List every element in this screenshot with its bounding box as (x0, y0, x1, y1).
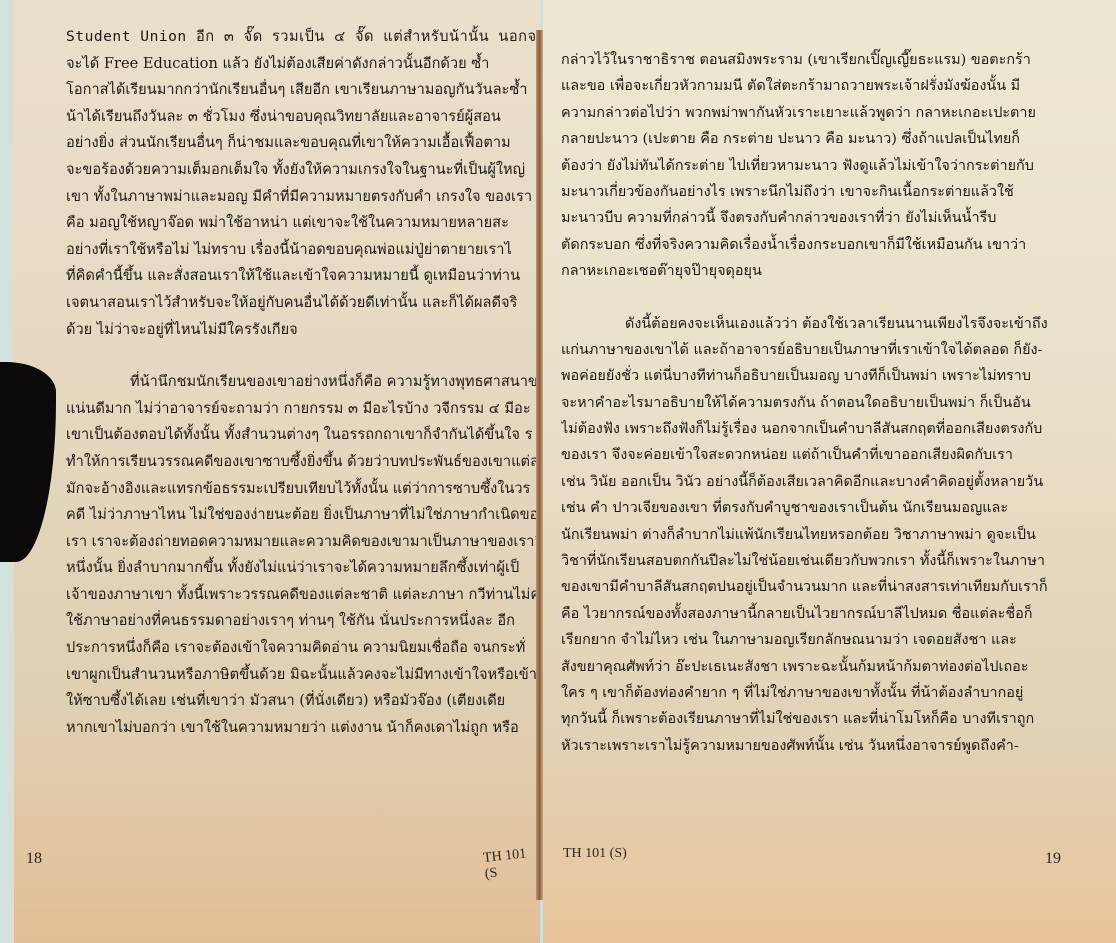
text-line: ทุกวันนี้ ก็เพราะต้องเรียนภาษาที่ไม่ใช่ข… (561, 706, 1081, 732)
book-spread: Student Union อีก ๓ จั๊ด รวมเป็น ๔ จั๊ด … (0, 0, 1116, 943)
text-line: เขาผูกเป็นสำนวนหรือภาษิตขึ้นด้วย มิฉะนั้… (66, 662, 540, 689)
text-line: ของเรา จึงจะค่อยเข้าใจสะดวกหน่อย แต่ถ้าเ… (561, 442, 1081, 468)
footer-course-code: TH 101 (S) (563, 846, 627, 862)
text-line: เช่น คำ ปาวเจียของเขา ที่ตรงกับคำบูชาของ… (561, 495, 1081, 521)
book-spine (536, 30, 543, 900)
text-line: ของเขามีคำบาลีสันสกฤตปนอยู่เป็นจำนวนมาก … (561, 574, 1081, 600)
text-line: น้าได้เรียนถึงวันละ ๓ ชั่วโมง ซึ่งน่าขอบ… (66, 104, 540, 131)
text-line: จะหาคำอะไรมาอธิบายให้ได้ความตรงกัน ถ้าตอ… (561, 390, 1081, 416)
text-line: และขอ เพื่อจะเกี่ยวหัวกามมนี ตัดใส่ตะกร้… (561, 73, 1081, 99)
text-line: คือ ไวยากรณ์ของทั้งสองภาษานี้กลายเป็นไวย… (561, 601, 1081, 627)
text-line: เรา เราจะต้องถ่ายทอดความหมายและความคิดขอ… (66, 529, 540, 556)
text-line: ใช้ภาษาอย่างที่คนธรรมดาอย่างเราๆ ท่านๆ ใ… (66, 608, 540, 635)
text-line: พอค่อยยังชั่ว แต่นี่บางทีท่านก็อธิบายเป็… (561, 363, 1081, 389)
text-line: เขาเป็นต้องตอบได้ทั้งนั้น ทั้งสำนวนต่างๆ… (66, 422, 540, 449)
text-line: เจตนาสอนเราไว้สำหรับจะให้อยู่กับคนอื่นได… (66, 290, 540, 317)
text-line: ต้องว่า ยังไม่ทันได้กระต่าย ไปเที่ยวหามะ… (561, 153, 1081, 179)
text-line: วิชาที่นักเรียนสอบตกกันปีละไม่ใช่น้อยเช่… (561, 548, 1081, 574)
text-line-latin: Student Union อีก ๓ จั๊ด รวมเป็น ๔ จั๊ด … (66, 28, 537, 45)
left-page-body: Student Union อีก ๓ จั๊ด รวมเป็น ๔ จั๊ด … (66, 24, 540, 741)
text-line: นักเรียนพม่า ต่างก็ลำบากไม่แพ้นักเรียนไท… (561, 522, 1081, 548)
text-line: หากเขาไม่บอกว่า เขาใช้ในความหมายว่า แต่ง… (66, 715, 540, 742)
text-line: คดี ไม่ว่าภาษาไหน ไม่ใช่ของง่ายนะต้อย ยิ… (66, 502, 540, 529)
text-line: มักจะอ้างอิงและแทรกข้อธรรมะเปรียบเทียบไว… (66, 476, 540, 503)
text-line: มะนาวบีบ ความที่กล่าวนี้ จึงตรงกับคำกล่า… (561, 205, 1081, 231)
text-line: เจ้าของภาษาเขา ทั้งนี้เพราะวรรณคดีของแต่… (66, 582, 540, 609)
text-line: ด้วย ไม่ว่าจะอยู่ที่ไหนไม่มีใครรังเกียจ (66, 317, 540, 344)
text-line: แก่นภาษาของเขาได้ และถ้าอาจารย์อธิบายเป็… (561, 337, 1081, 363)
text-line: จะขอร้องด้วยความเต็มอกเต็มใจ ทั้งยังให้ค… (66, 157, 540, 184)
text-line: ที่คิดคำนี้ขึ้น และสั่งสอนเราให้ใช้และเข… (66, 263, 540, 290)
text-line: กล่าวไว้ในราชาธิราช ตอนสมิงพระราม (เขาเร… (561, 47, 1081, 73)
text-line: ไม่ต้องฟัง เพราะถึงฟังก็ไม่รู้เรื่อง นอก… (561, 416, 1081, 442)
text-line: อย่างที่เราใช้หรือไม่ ไม่ทราบ เรื่องนี้น… (66, 237, 540, 264)
text-line: Student Union อีก ๓ จั๊ด รวมเป็น ๔ จั๊ด … (66, 24, 540, 51)
text-line: เขา ทั้งในภาษาพม่าและมอญ มีคำที่มีความหม… (66, 184, 540, 211)
text-line: จะได้ Free Education แล้ว ยังไม่ต้องเสีย… (66, 51, 540, 78)
text-line: คือ มอญใช้หญาจ๊อด พม่าใช้อาหน่า แต่เขาจะ… (66, 210, 540, 237)
text-line: หนึ่งนั้น ยิ่งลำบากมากขึ้น ทั้งยังไม่แน่… (66, 555, 540, 582)
text-line: แน่นดีมาก ไม่ว่าอาจารย์จะถามว่า กายกรรม … (66, 396, 540, 423)
text-line: ให้ซาบซึ้งได้เลย เช่นที่เขาว่า มัวสนา (ท… (66, 688, 540, 715)
text-line: เรียกยาก จำไม่ไหว เช่น ในภาษามอญเรียกลัก… (561, 627, 1081, 653)
text-line: ที่น้านึกชมนักเรียนของเขาอย่างหนึ่งก็คือ… (66, 369, 540, 396)
text-line: ทำให้การเรียนวรรณคดีของเขาซาบซึ้งยิ่งขึ้… (66, 449, 540, 476)
text-line: ดังนี้ต้อยคงจะเห็นเองแล้วว่า ต้องใช้เวลา… (561, 311, 1081, 337)
text-line: อย่างยิ่ง ส่วนนักเรียนอื่นๆ ก็น่าชมและขอ… (66, 130, 540, 157)
page-number: 19 (1045, 850, 1061, 868)
left-page: Student Union อีก ๓ จั๊ด รวมเป็น ๔ จั๊ด … (14, 0, 540, 943)
text-line: ความกล่าวต่อไปว่า พวกพม่าพากันหัวเราะเยา… (561, 100, 1081, 126)
text-line: เช่น วินัย ออกเป็น วินัว อย่างนี้ก็ต้องเ… (561, 469, 1081, 495)
text-line: โอกาสได้เรียนมากกว่านักเรียนอื่นๆ เสียอี… (66, 77, 540, 104)
text-line: ใคร ๆ เขาก็ต้องท่องคำยาก ๆ ที่ไม่ใช่ภาษา… (561, 680, 1081, 706)
text-line: มะนาวเกี่ยวข้องกันอย่างไร เพราะนึกไม่ถึง… (561, 179, 1081, 205)
right-page-body: กล่าวไว้ในราชาธิราช ตอนสมิงพระราม (เขาเร… (561, 47, 1081, 759)
right-page: กล่าวไว้ในราชาธิราช ตอนสมิงพระราม (เขาเร… (543, 0, 1116, 943)
paragraph-gap (561, 285, 1081, 311)
text-line: กลายปะนาว (เปะตาย คือ กระต่าย ปะนาว คือ … (561, 126, 1081, 152)
text-line: ประการหนึ่งก็คือ เราจะต้องเข้าใจความคิดอ… (66, 635, 540, 662)
text-line: สังขยาคุณศัพท์ว่า อ๊ะปะเธเนะสังชา เพราะฉ… (561, 654, 1081, 680)
footer-course-code: TH 101 (S (482, 845, 540, 883)
text-line: กลาหะเกอะเชอต๊ายุจป๊ายุจดุอยุน (561, 258, 1081, 284)
text-line: ตัดกระบอก ซึ่งที่จริงความคิดเรื่องน้ำเรื… (561, 232, 1081, 258)
paragraph-gap (66, 343, 540, 369)
text-line: หัวเราะเพราะเราไม่รู้ความหมายของศัพท์นั้… (561, 733, 1081, 759)
page-number: 18 (26, 850, 42, 868)
